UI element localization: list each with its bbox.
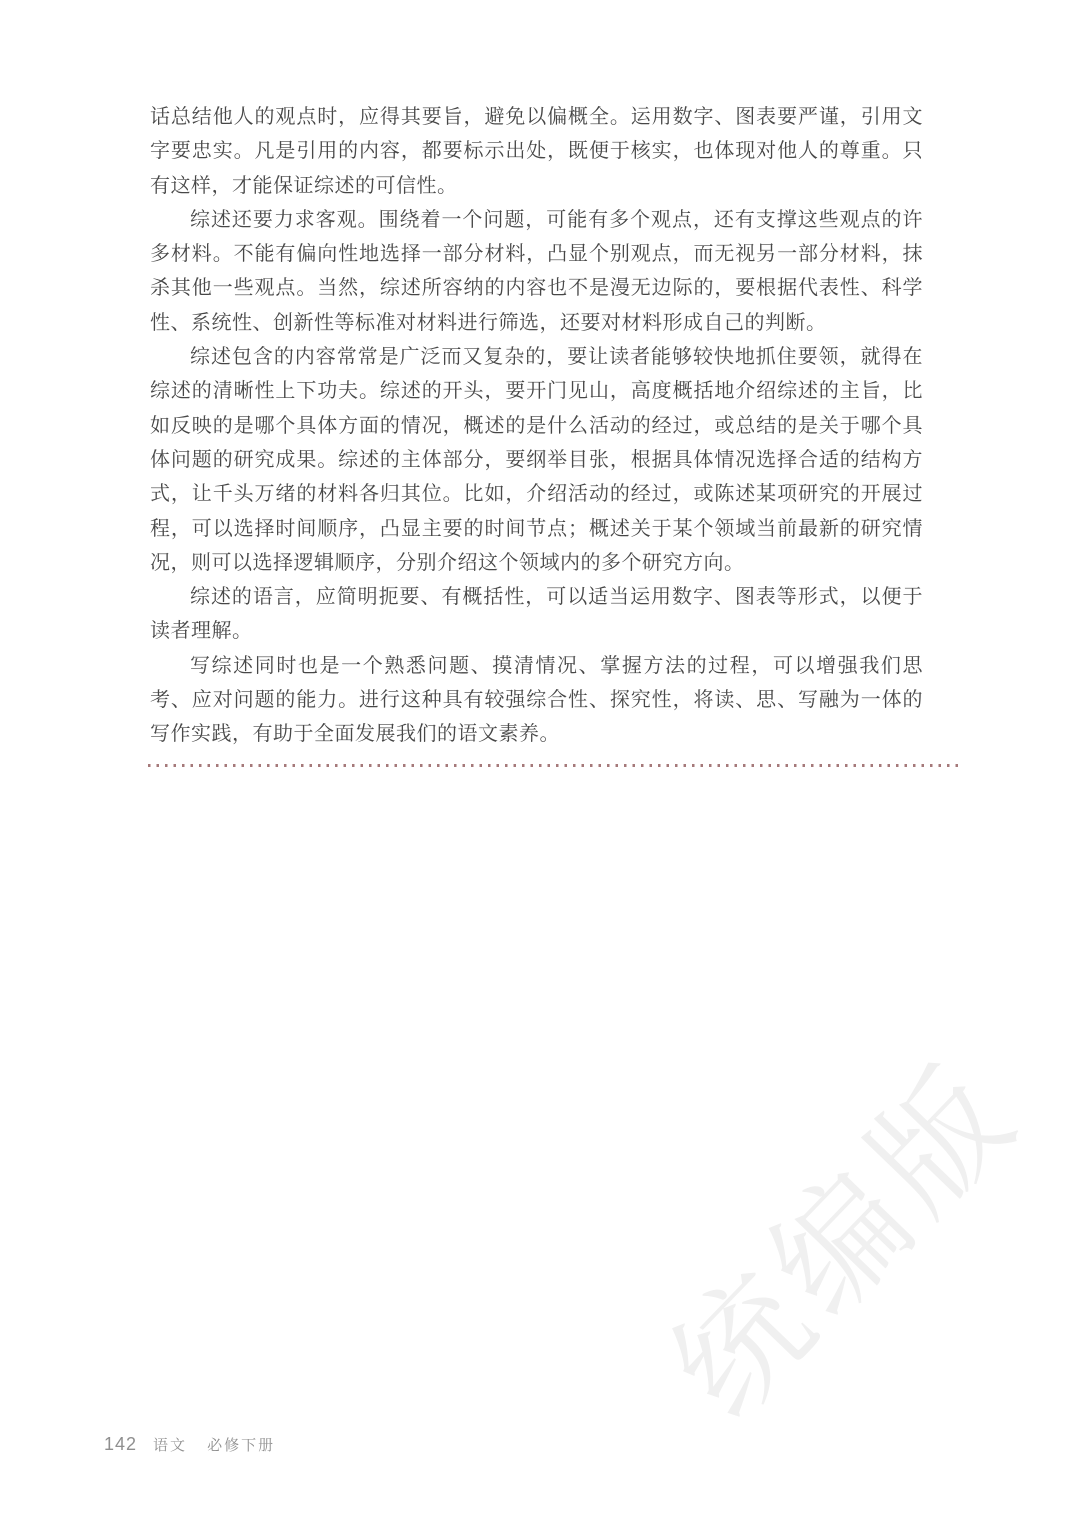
body-text: 话总结他人的观点时，应得其要旨，避免以偏概全。运用数字、图表要严谨，引用文字要忠… [150, 100, 923, 752]
footer-volume: 必修下册 [207, 1434, 275, 1455]
paragraph-1: 话总结他人的观点时，应得其要旨，避免以偏概全。运用数字、图表要严谨，引用文字要忠… [150, 100, 923, 203]
footer-subject: 语文 [153, 1434, 187, 1455]
page-footer: 142 语文 必修下册 [104, 1434, 275, 1455]
edition-watermark: 统编版 [623, 1014, 1053, 1450]
paragraph-5: 写综述同时也是一个熟悉问题、摸清情况、掌握方法的过程，可以增强我们思考、应对问题… [150, 649, 923, 752]
textbook-page: 话总结他人的观点时，应得其要旨，避免以偏概全。运用数字、图表要严谨，引用文字要忠… [0, 0, 1080, 1527]
dotted-separator [148, 764, 963, 767]
paragraph-4: 综述的语言，应简明扼要、有概括性，可以适当运用数字、图表等形式，以便于读者理解。 [150, 580, 923, 649]
page-number: 142 [104, 1434, 137, 1455]
paragraph-3: 综述包含的内容常常是广泛而又复杂的，要让读者能够较快地抓住要领，就得在综述的清晰… [150, 340, 923, 580]
paragraph-2: 综述还要力求客观。围绕着一个问题，可能有多个观点，还有支撑这些观点的许多材料。不… [150, 203, 923, 340]
